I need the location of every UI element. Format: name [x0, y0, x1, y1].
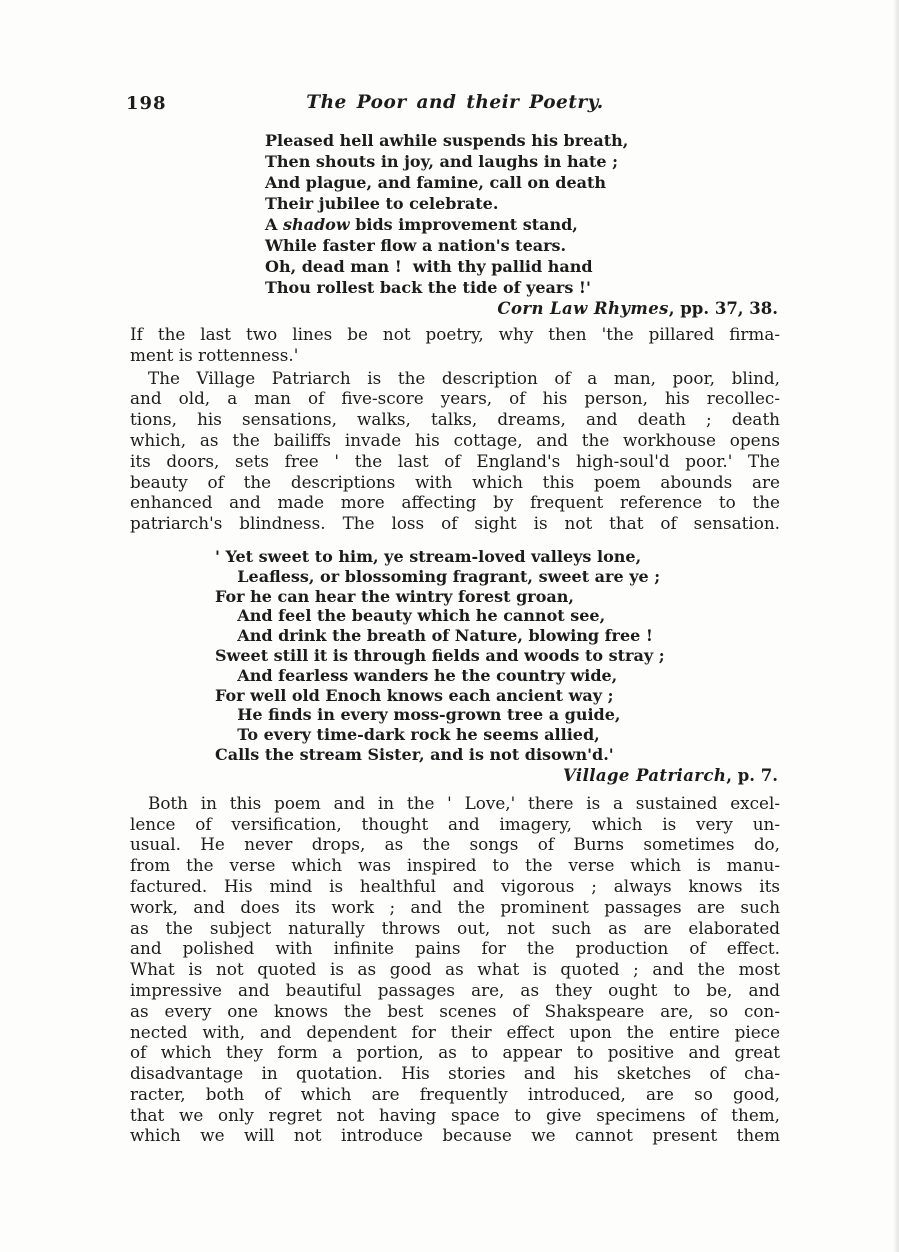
text-line: and polished with infinite pains for the…	[130, 938, 780, 959]
text-line: patriarch's blindness. The loss of sight…	[130, 513, 780, 534]
text-line: Leafless, or blossoming fragrant, sweet …	[215, 567, 780, 587]
poem-extract-corn-law-rhymes: Pleased hell awhile suspends his breath,…	[265, 130, 780, 298]
text-line: To every time-dark rock he seems allied,	[215, 725, 780, 745]
text-line: For he can hear the wintry forest groan,	[215, 587, 780, 607]
text-line: He finds in every moss-grown tree a guid…	[215, 705, 780, 725]
text-line: which, as the bailiffs invade his cottag…	[130, 430, 780, 451]
text-line: And feel the beauty which he cannot see,	[215, 606, 780, 626]
text-line: beauty of the descriptions with which th…	[130, 472, 780, 493]
text-line: usual. He never drops, as the songs of B…	[130, 834, 780, 855]
text-line: What is not quoted is as good as what is…	[130, 959, 780, 980]
poem-extract-village-patriarch: ' Yet sweet to him, ye stream-loved vall…	[215, 547, 780, 765]
text-line: its doors, sets free ' the last of Engla…	[130, 451, 780, 472]
scan-page-edge-shadow	[893, 0, 899, 1252]
text-line: Then shouts in joy, and laughs in hate ;	[265, 151, 780, 172]
text-line: racter, both of which are frequently int…	[130, 1084, 780, 1105]
poem1-source-title: Corn Law Rhymes	[497, 299, 668, 318]
poem1-source-pages: , pp. 37, 38.	[669, 299, 778, 318]
paragraph-3: Both in this poem and in the ' Love,' th…	[130, 793, 780, 1147]
text-line: Thou rollest back the tide of years !'	[265, 277, 780, 298]
text-line: And drink the breath of Nature, blowing …	[215, 626, 780, 646]
text-line: as the subject naturally throws out, not…	[130, 918, 780, 939]
text-line: Both in this poem and in the ' Love,' th…	[130, 793, 780, 814]
text-line: For well old Enoch knows each ancient wa…	[215, 686, 780, 706]
text-line: nected with, and dependent for their eff…	[130, 1022, 780, 1043]
text-line: from the verse which was inspired to the…	[130, 855, 780, 876]
text-line: and old, a man of five-score years, of h…	[130, 388, 780, 409]
scanned-book-page: { "page": { "number": "198", "running_ti…	[0, 0, 899, 1252]
text-line: Calls the stream Sister, and is not diso…	[215, 745, 780, 765]
paragraph-2: The Village Patriarch is the description…	[130, 368, 780, 534]
page-header: 198 The Poor and their Poetry.	[130, 92, 780, 118]
poem2-attribution: Village Patriarch, p. 7.	[130, 766, 780, 786]
text-line: Sweet still it is through fields and woo…	[215, 646, 780, 666]
text-line: lence of versification, thought and imag…	[130, 814, 780, 835]
text-line: impressive and beautiful passages are, a…	[130, 980, 780, 1001]
page-number: 198	[126, 93, 167, 114]
text-line: ment is rottenness.'	[130, 345, 780, 366]
text-line: And fearless wanders he the country wide…	[215, 666, 780, 686]
text-line: as every one knows the best scenes of Sh…	[130, 1001, 780, 1022]
text-line: While faster flow a nation's tears.	[265, 235, 780, 256]
running-title: The Poor and their Poetry.	[130, 92, 780, 113]
text-line: Their jubilee to celebrate.	[265, 193, 780, 214]
text-line: disadvantage in quotation. His stories a…	[130, 1063, 780, 1084]
text-line: A shadow bids improvement stand,	[265, 214, 780, 235]
text-line: And plague, and famine, call on death	[265, 172, 780, 193]
poem2-source-pages: , p. 7.	[726, 766, 778, 785]
poem1-attribution: Corn Law Rhymes, pp. 37, 38.	[130, 299, 780, 319]
page-content: 198 The Poor and their Poetry. Pleased h…	[130, 92, 780, 1146]
paragraph-1: If the last two lines be not poetry, why…	[130, 324, 780, 366]
text-line: ' Yet sweet to him, ye stream-loved vall…	[215, 547, 780, 567]
poem2-source-title: Village Patriarch	[563, 766, 726, 785]
text-line: tions, his sensations, walks, talks, dre…	[130, 409, 780, 430]
text-line: enhanced and made more affecting by freq…	[130, 492, 780, 513]
text-line: work, and does its work ; and the promin…	[130, 897, 780, 918]
text-line: The Village Patriarch is the description…	[130, 368, 780, 389]
text-line: of which they form a portion, as to appe…	[130, 1042, 780, 1063]
text-line: Oh, dead man ! with thy pallid hand	[265, 256, 780, 277]
text-line: that we only regret not having space to …	[130, 1105, 780, 1126]
text-line: factured. His mind is healthful and vigo…	[130, 876, 780, 897]
text-line: Pleased hell awhile suspends his breath,	[265, 130, 780, 151]
text-line: If the last two lines be not poetry, why…	[130, 324, 780, 345]
text-line: which we will not introduce because we c…	[130, 1125, 780, 1146]
